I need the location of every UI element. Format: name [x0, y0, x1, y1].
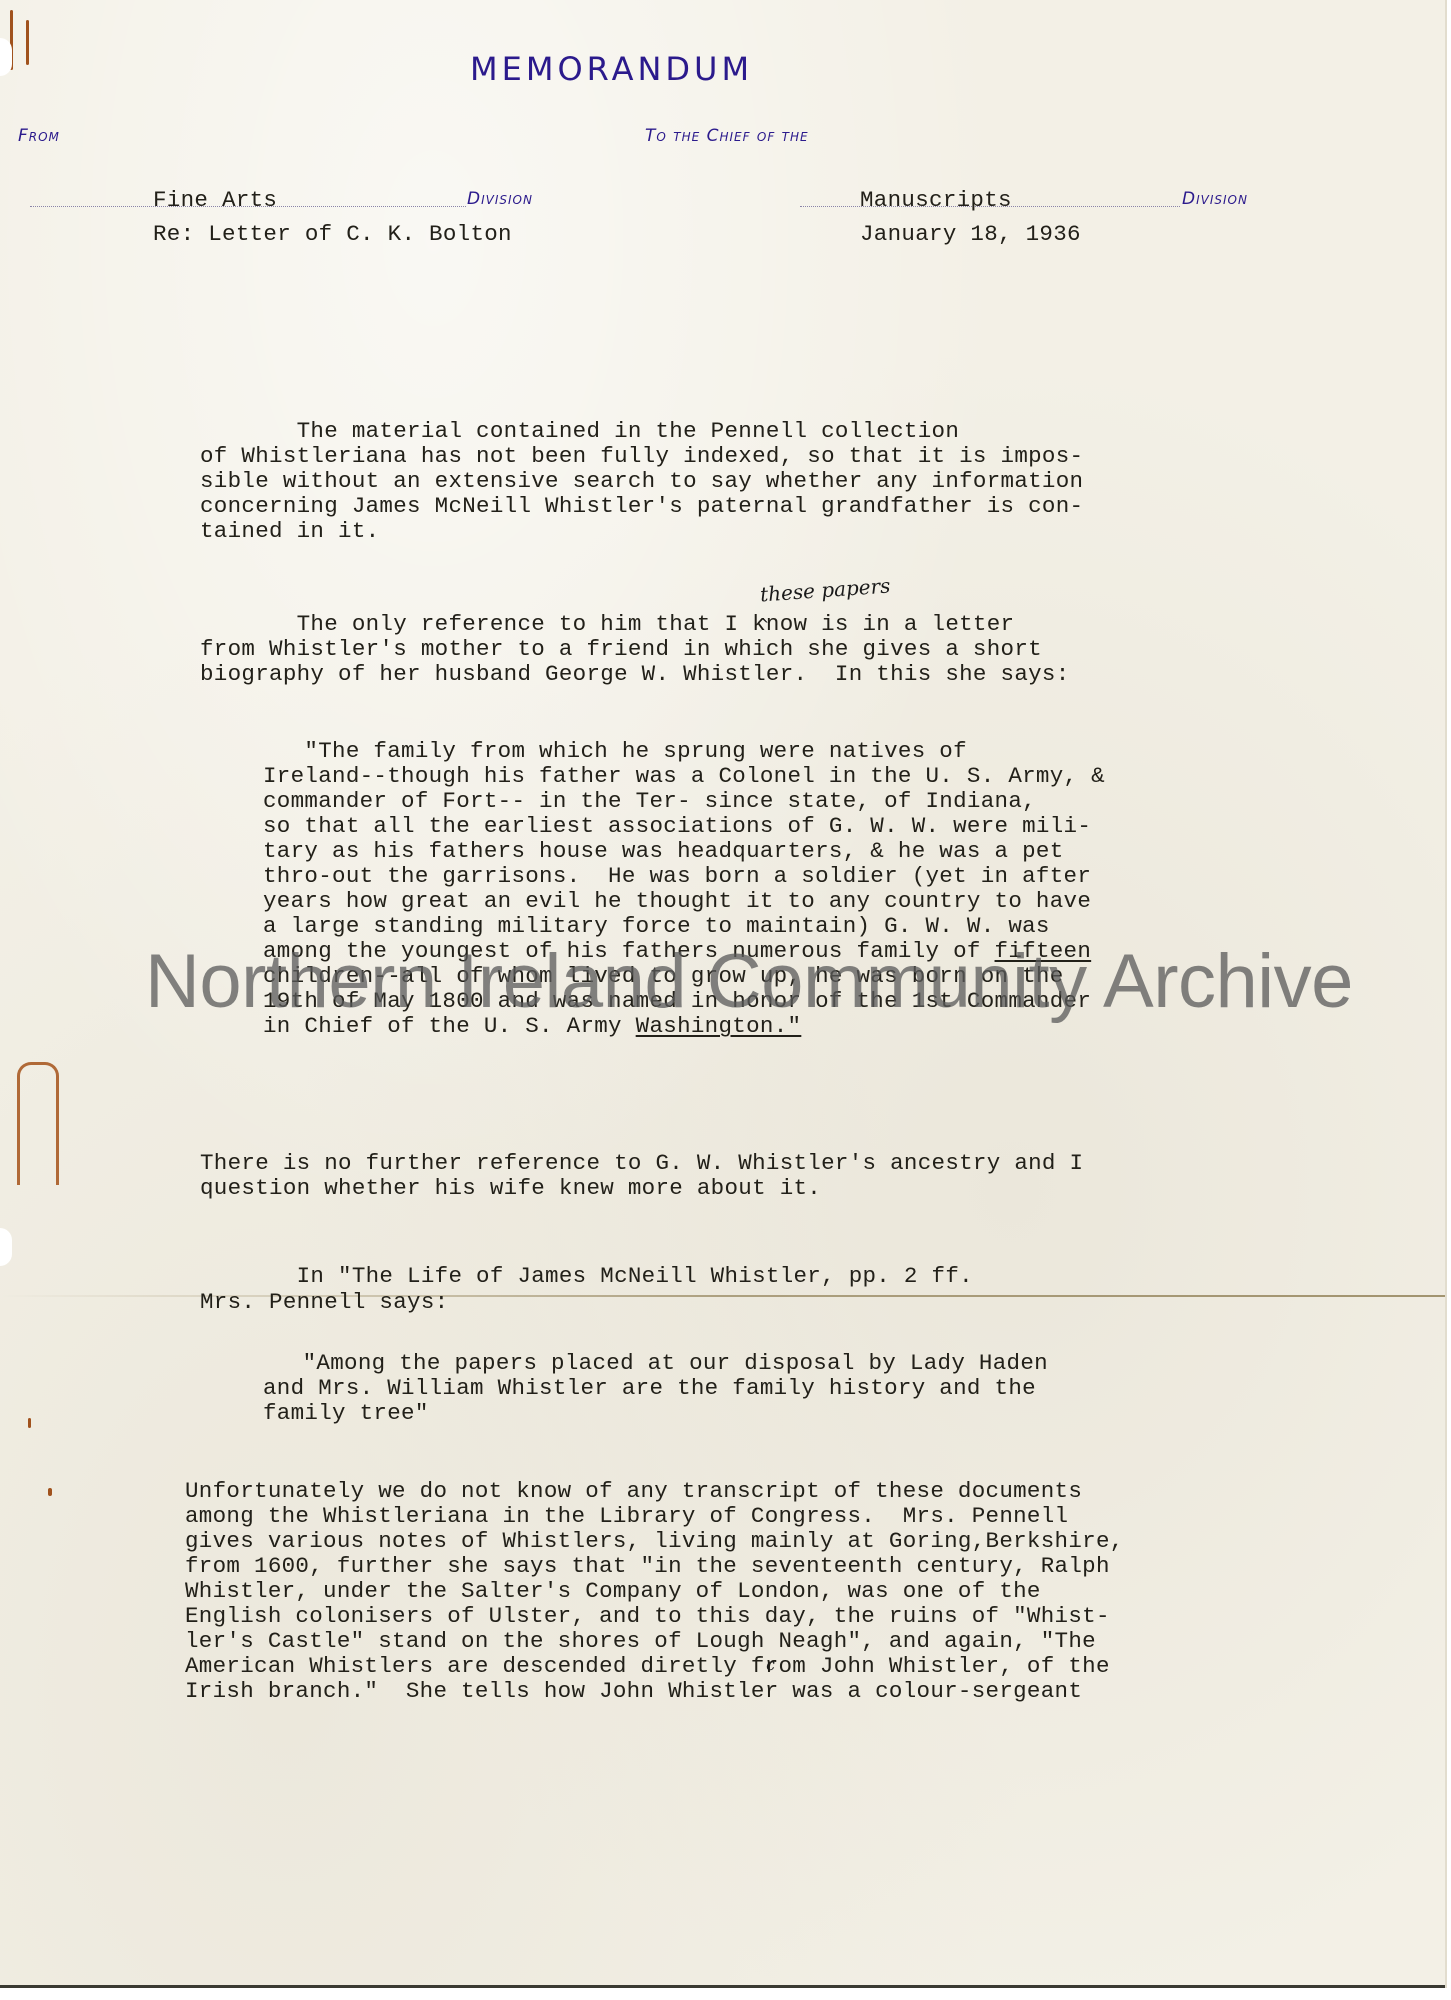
memo-page: MEMORANDUM From To the Chief of the Divi…: [0, 0, 1445, 1988]
paragraph-1: The material contained in the Pennell co…: [200, 418, 255, 600]
memo-title: MEMORANDUM: [470, 50, 753, 88]
text-line: "Among the papers placed at our disposal…: [206, 1350, 1048, 1376]
text-line: Unfortunately we do not know of any tran…: [185, 1478, 1082, 1504]
text-line: biography of her husband George W. Whist…: [200, 661, 1070, 687]
text-line: question whether his wife knew more abou…: [200, 1175, 821, 1201]
text-line: ler's Castle" stand on the shores of Lou…: [185, 1628, 1096, 1654]
text-line: tained in it.: [200, 518, 379, 544]
from-label: From: [18, 126, 60, 146]
handwritten-insertion: these papers: [759, 573, 891, 606]
text-line: among the Whistleriana in the Library of…: [185, 1503, 1068, 1529]
quote-pennell: "Among the papers placed at our disposal…: [263, 1350, 318, 1480]
punch-hole-top: [0, 38, 12, 76]
text-line: Irish branch." She tells how John Whistl…: [185, 1678, 1082, 1704]
text-line: English colonisers of Ulster, and to thi…: [185, 1603, 1110, 1629]
text-line: of Whistleriana has not been fully index…: [200, 443, 1083, 469]
text-line: concerning James McNeill Whistler's pate…: [200, 493, 1083, 519]
text-line: from 1600, further she says that "in the…: [185, 1553, 1110, 1579]
paragraph-5: Unfortunately we do not know of any tran…: [185, 1478, 240, 1764]
text-line: thro-out the garrisons. He was born a so…: [263, 863, 1091, 889]
paragraph-2: The only reference to him that I know is…: [200, 611, 255, 741]
rust-spot: [28, 1418, 31, 1428]
text-line: tary as his fathers house was headquarte…: [263, 838, 1064, 864]
text-line: Whistler, under the Salter's Company of …: [185, 1578, 1041, 1604]
text-line: The only reference to him that I know is…: [200, 611, 1014, 637]
to-label: To the Chief of the: [645, 126, 809, 146]
text-line: Ireland--though his father was a Colonel…: [263, 763, 1105, 789]
text-line: family tree": [263, 1400, 429, 1426]
quote-mother-letter: "The family from which he sprung were na…: [263, 738, 318, 1102]
from-division-label: Division: [467, 189, 533, 209]
text-line: American Whistlers are descended diretly…: [185, 1653, 1110, 1679]
text-line: gives various notes of Whistlers, living…: [185, 1528, 1124, 1554]
text-line: The material contained in the Pennell co…: [200, 418, 959, 444]
text-line: Mrs. Pennell says:: [200, 1289, 448, 1315]
text-line: There is no further reference to G. W. W…: [200, 1150, 1083, 1176]
text-line: so that all the earliest associations of…: [263, 813, 1091, 839]
paperclip-mark: [17, 1062, 59, 1185]
text-line: and Mrs. William Whistler are the family…: [263, 1375, 1036, 1401]
rust-spot-2: [48, 1488, 52, 1496]
text-line: years how great an evil he thought it to…: [263, 888, 1091, 914]
subject-line: Re: Letter of C. K. Bolton: [153, 221, 512, 247]
from-division-value: Fine Arts: [153, 187, 277, 213]
handwritten-correction: c: [765, 1655, 775, 1675]
archive-watermark: Northern Ireland Community Archive: [145, 938, 1353, 1025]
to-division-value: Manuscripts: [860, 187, 1012, 213]
rust-stain-top-2: [26, 20, 29, 65]
text-line: "The family from which he sprung were na…: [263, 738, 967, 764]
to-division-label: Division: [1182, 189, 1248, 209]
paragraph-3: There is no further reference to G. W. W…: [200, 1150, 255, 1254]
memo-date: January 18, 1936: [860, 221, 1081, 247]
text-line: a large standing military force to maint…: [263, 913, 1050, 939]
text-line: sible without an extensive search to say…: [200, 468, 1083, 494]
text-line: In "The Life of James McNeill Whistler, …: [200, 1263, 973, 1289]
punch-hole-middle: [0, 1228, 12, 1266]
text-line: from Whistler's mother to a friend in wh…: [200, 636, 1042, 662]
text-line: commander of Fort-- in the Ter- since st…: [263, 788, 1036, 814]
